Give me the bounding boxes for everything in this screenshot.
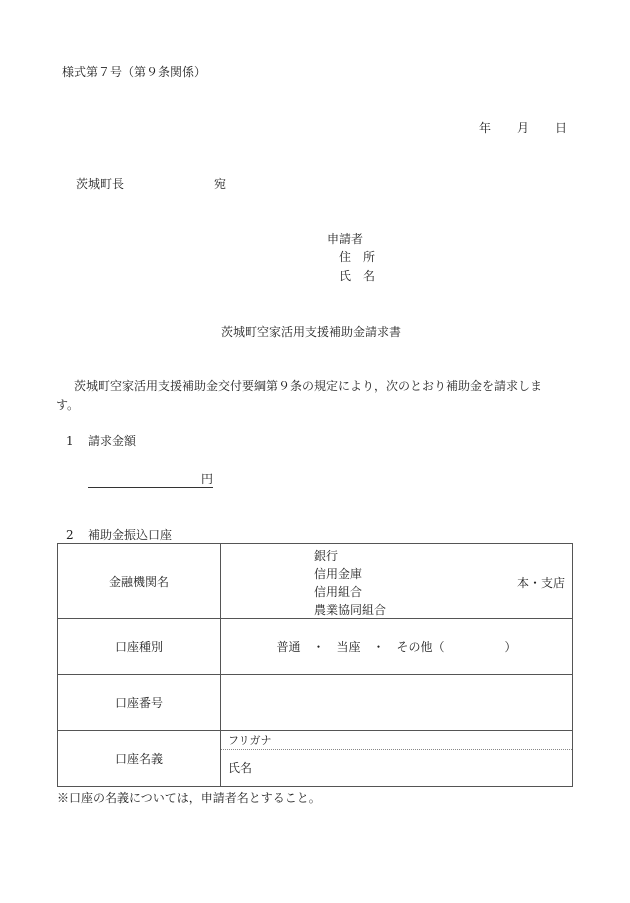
date-day-label: 日 — [555, 120, 567, 136]
institution-type-bank: 銀行 — [314, 547, 386, 565]
table-row-account-holder: 口座名義 フリガナ 氏名 — [58, 731, 573, 787]
account-note: ※口座の名義については，申請者名とすること。 — [57, 790, 321, 806]
addressee-name: 茨城町長 — [76, 176, 124, 192]
body-text-line2: す。 — [56, 397, 79, 413]
date-month-label: 月 — [517, 120, 529, 136]
section1-label: 請求金額 — [88, 433, 136, 449]
table-row-account-number: 口座番号 — [58, 675, 573, 731]
holder-name-field[interactable]: 氏名 — [221, 750, 572, 786]
applicant-address-label: 住 所 — [339, 249, 375, 265]
account-number-field[interactable] — [221, 675, 573, 731]
bank-name-field[interactable]: 銀行 信用金庫 信用組合 農業協同組合 本・支店 — [221, 544, 573, 619]
date-year-label: 年 — [479, 120, 491, 136]
document-title: 茨城町空家活用支援補助金請求書 — [221, 324, 401, 340]
institution-type-agri-coop: 農業協同組合 — [314, 601, 386, 619]
bank-name-label: 金融機関名 — [58, 544, 221, 619]
institution-type-shinkin: 信用金庫 — [314, 565, 386, 583]
furigana-field[interactable]: フリガナ — [221, 731, 572, 750]
section2-label: 補助金振込口座 — [88, 527, 172, 543]
bank-account-table: 金融機関名 銀行 信用金庫 信用組合 農業協同組合 本・支店 口座種別 普通 ・… — [57, 543, 573, 787]
addressee-suffix: 宛 — [214, 176, 226, 192]
institution-type-list: 銀行 信用金庫 信用組合 農業協同組合 — [314, 547, 386, 619]
currency-unit: 円 — [201, 472, 213, 486]
account-holder-label: 口座名義 — [58, 731, 221, 787]
section2-number: 2 — [66, 527, 74, 543]
body-text-line1: 茨城町空家活用支援補助金交付要綱第９条の規定により，次のとおり補助金を請求しま — [74, 378, 542, 394]
form-number: 様式第７号（第９条関係） — [62, 64, 206, 80]
account-holder-cell: フリガナ 氏名 — [221, 731, 573, 787]
applicant-name-label: 氏 名 — [339, 268, 375, 284]
applicant-heading: 申請者 — [327, 231, 363, 247]
table-row-account-type: 口座種別 普通 ・ 当座 ・ その他（ ） — [58, 619, 573, 675]
table-row-bank-name: 金融機関名 銀行 信用金庫 信用組合 農業協同組合 本・支店 — [58, 544, 573, 619]
account-type-label: 口座種別 — [58, 619, 221, 675]
account-type-options[interactable]: 普通 ・ 当座 ・ その他（ ） — [221, 619, 573, 675]
furigana-label: フリガナ — [228, 734, 271, 747]
section1-number: 1 — [66, 433, 74, 449]
claim-amount-field[interactable]: 円 — [88, 471, 213, 488]
branch-label: 本・支店 — [517, 574, 565, 591]
account-number-label: 口座番号 — [58, 675, 221, 731]
institution-type-credit-union: 信用組合 — [314, 583, 386, 601]
holder-name-label: 氏名 — [228, 761, 252, 775]
